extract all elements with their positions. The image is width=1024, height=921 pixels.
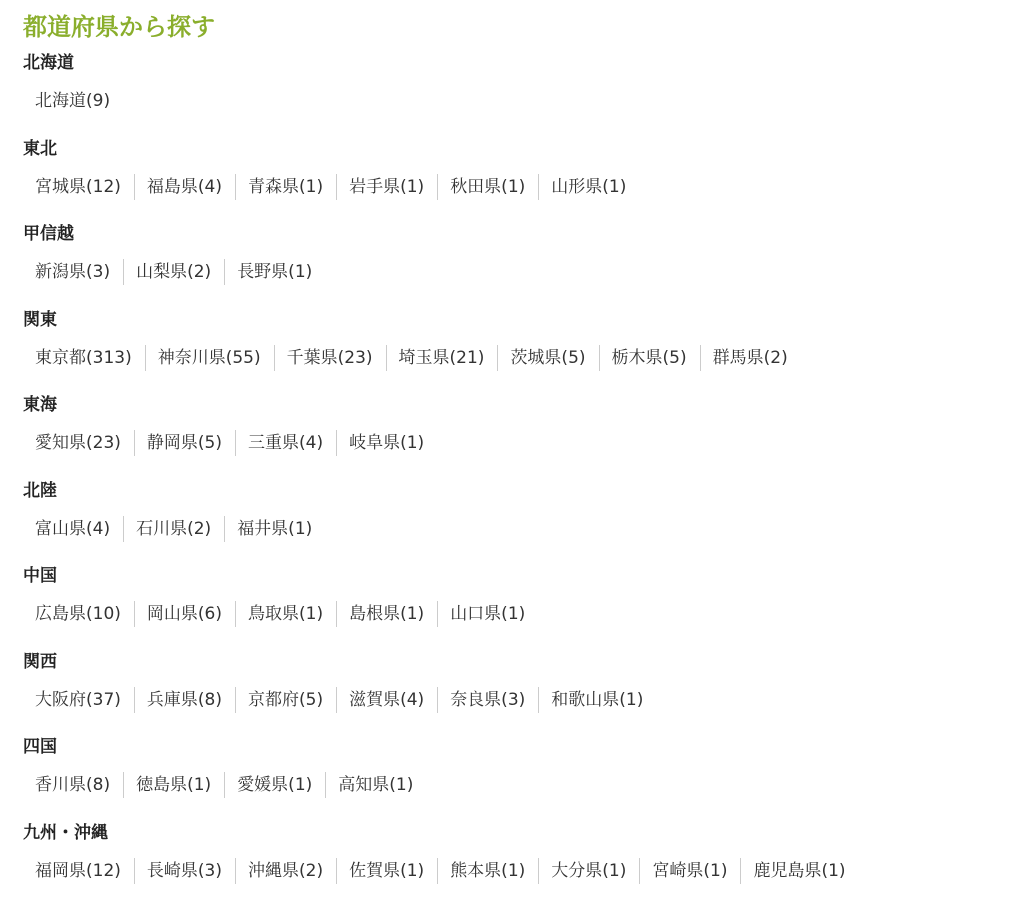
prefecture-list: 東京都(313)神奈川県(55)千葉県(23)埼玉県(21)茨城県(5)栃木県(… — [23, 345, 1024, 371]
prefecture-link[interactable]: 鹿児島県(1) — [740, 858, 858, 884]
prefecture-list: 広島県(10)岡山県(6)鳥取県(1)島根県(1)山口県(1) — [23, 601, 1024, 627]
prefecture-list: 大阪府(37)兵庫県(8)京都府(5)滋賀県(4)奈良県(3)和歌山県(1) — [23, 687, 1024, 713]
prefecture-link[interactable]: 福岡県(12) — [23, 858, 134, 884]
region-heading: 東北 — [23, 134, 1024, 174]
prefecture-link[interactable]: 茨城県(5) — [497, 345, 598, 371]
region-heading: 関東 — [23, 305, 1024, 345]
prefecture-link[interactable]: 千葉県(23) — [274, 345, 386, 371]
region-heading: 四国 — [23, 732, 1024, 772]
prefecture-link[interactable]: 京都府(5) — [235, 687, 336, 713]
prefecture-link[interactable]: 静岡県(5) — [134, 430, 235, 456]
region-block-8: 四国 香川県(8)徳島県(1)愛媛県(1)高知県(1) — [23, 732, 1024, 818]
prefecture-link[interactable]: 新潟県(3) — [23, 259, 123, 285]
prefecture-link[interactable]: 東京都(313) — [23, 345, 145, 371]
page-title: 都道府県から探す — [23, 8, 1024, 48]
region-heading: 九州・沖縄 — [23, 818, 1024, 858]
prefecture-link[interactable]: 香川県(8) — [23, 772, 123, 798]
region-block-2: 甲信越 新潟県(3)山梨県(2)長野県(1) — [23, 219, 1024, 305]
prefecture-link[interactable]: 山口県(1) — [437, 601, 538, 627]
prefecture-link[interactable]: 宮城県(12) — [23, 174, 134, 200]
prefecture-link[interactable]: 徳島県(1) — [123, 772, 224, 798]
prefecture-link[interactable]: 和歌山県(1) — [538, 687, 656, 713]
prefecture-link[interactable]: 高知県(1) — [325, 772, 426, 798]
prefecture-link[interactable]: 大分県(1) — [538, 858, 639, 884]
prefecture-list: 愛知県(23)静岡県(5)三重県(4)岐阜県(1) — [23, 430, 1024, 456]
region-heading: 北陸 — [23, 476, 1024, 516]
prefecture-link[interactable]: 愛媛県(1) — [224, 772, 325, 798]
prefecture-link[interactable]: 青森県(1) — [235, 174, 336, 200]
prefecture-link[interactable]: 鳥取県(1) — [235, 601, 336, 627]
prefecture-link[interactable]: 三重県(4) — [235, 430, 336, 456]
prefecture-link[interactable]: 岩手県(1) — [336, 174, 437, 200]
prefecture-link[interactable]: 山梨県(2) — [123, 259, 224, 285]
prefecture-link[interactable]: 奈良県(3) — [437, 687, 538, 713]
prefecture-link[interactable]: 大阪府(37) — [23, 687, 134, 713]
region-block-4: 東海 愛知県(23)静岡県(5)三重県(4)岐阜県(1) — [23, 390, 1024, 476]
region-block-7: 関西 大阪府(37)兵庫県(8)京都府(5)滋賀県(4)奈良県(3)和歌山県(1… — [23, 647, 1024, 733]
region-heading: 中国 — [23, 561, 1024, 601]
region-block-6: 中国 広島県(10)岡山県(6)鳥取県(1)島根県(1)山口県(1) — [23, 561, 1024, 647]
prefecture-link[interactable]: 沖縄県(2) — [235, 858, 336, 884]
prefecture-list: 富山県(4)石川県(2)福井県(1) — [23, 516, 1024, 542]
prefecture-link[interactable]: 群馬県(2) — [700, 345, 801, 371]
region-block-0: 北海道 北海道(9) — [23, 48, 1024, 134]
region-heading: 東海 — [23, 390, 1024, 430]
prefecture-list: 宮城県(12)福島県(4)青森県(1)岩手県(1)秋田県(1)山形県(1) — [23, 174, 1024, 200]
prefecture-link[interactable]: 福島県(4) — [134, 174, 235, 200]
prefecture-link[interactable]: 滋賀県(4) — [336, 687, 437, 713]
prefecture-link[interactable]: 長野県(1) — [224, 259, 325, 285]
region-heading: 北海道 — [23, 48, 1024, 88]
prefecture-link[interactable]: 秋田県(1) — [437, 174, 538, 200]
region-block-1: 東北 宮城県(12)福島県(4)青森県(1)岩手県(1)秋田県(1)山形県(1) — [23, 134, 1024, 220]
prefecture-link[interactable]: 広島県(10) — [23, 601, 134, 627]
region-block-3: 関東 東京都(313)神奈川県(55)千葉県(23)埼玉県(21)茨城県(5)栃… — [23, 305, 1024, 391]
prefecture-list: 新潟県(3)山梨県(2)長野県(1) — [23, 259, 1024, 285]
prefecture-list: 福岡県(12)長崎県(3)沖縄県(2)佐賀県(1)熊本県(1)大分県(1)宮崎県… — [23, 858, 1024, 884]
prefecture-search-section: 都道府県から探す 北海道 北海道(9) 東北 宮城県(12)福島県(4)青森県(… — [0, 0, 1024, 903]
prefecture-link[interactable]: 福井県(1) — [224, 516, 325, 542]
prefecture-link[interactable]: 埼玉県(21) — [386, 345, 498, 371]
region-heading: 関西 — [23, 647, 1024, 687]
prefecture-list: 北海道(9) — [23, 88, 1024, 114]
prefecture-link[interactable]: 岡山県(6) — [134, 601, 235, 627]
prefecture-link[interactable]: 愛知県(23) — [23, 430, 134, 456]
prefecture-link[interactable]: 島根県(1) — [336, 601, 437, 627]
prefecture-link[interactable]: 長崎県(3) — [134, 858, 235, 884]
prefecture-link[interactable]: 神奈川県(55) — [145, 345, 274, 371]
prefecture-link[interactable]: 宮崎県(1) — [639, 858, 740, 884]
region-block-9: 九州・沖縄 福岡県(12)長崎県(3)沖縄県(2)佐賀県(1)熊本県(1)大分県… — [23, 818, 1024, 904]
prefecture-link[interactable]: 栃木県(5) — [599, 345, 700, 371]
region-block-5: 北陸 富山県(4)石川県(2)福井県(1) — [23, 476, 1024, 562]
prefecture-list: 香川県(8)徳島県(1)愛媛県(1)高知県(1) — [23, 772, 1024, 798]
prefecture-link[interactable]: 岐阜県(1) — [336, 430, 437, 456]
prefecture-link[interactable]: 北海道(9) — [23, 88, 123, 114]
prefecture-link[interactable]: 富山県(4) — [23, 516, 123, 542]
prefecture-link[interactable]: 熊本県(1) — [437, 858, 538, 884]
prefecture-link[interactable]: 佐賀県(1) — [336, 858, 437, 884]
prefecture-link[interactable]: 山形県(1) — [538, 174, 639, 200]
prefecture-link[interactable]: 石川県(2) — [123, 516, 224, 542]
region-list: 北海道 北海道(9) 東北 宮城県(12)福島県(4)青森県(1)岩手県(1)秋… — [23, 48, 1024, 903]
prefecture-link[interactable]: 兵庫県(8) — [134, 687, 235, 713]
region-heading: 甲信越 — [23, 219, 1024, 259]
